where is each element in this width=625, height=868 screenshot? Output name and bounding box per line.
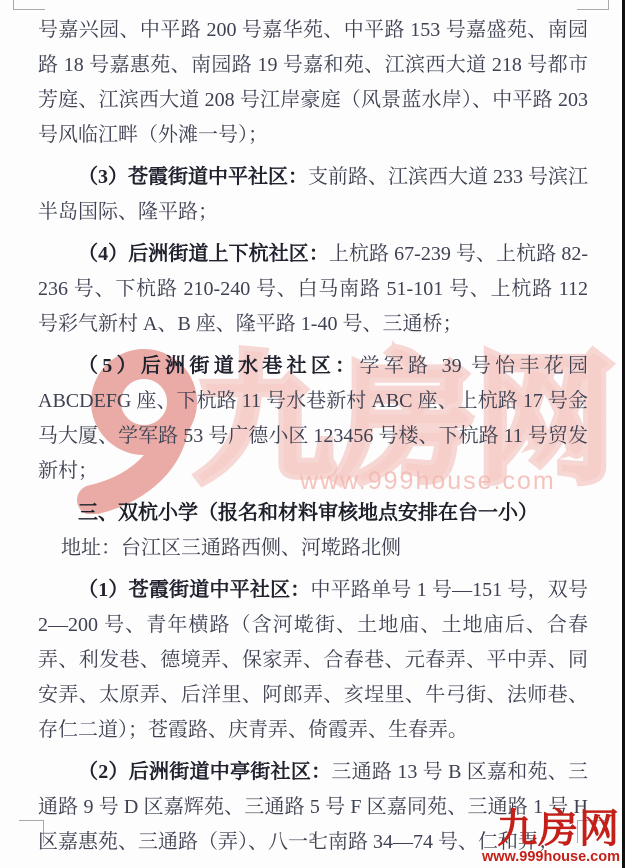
paragraph-school-address: 地址：台江区三通路西侧、河墘路北侧 bbox=[38, 531, 588, 566]
section-heading-shuanghang-school: 三、双杭小学（报名和材料审核地点安排在台一小） bbox=[38, 496, 588, 531]
document-page: 九房网 www.999house.com 号嘉兴园、中平路 200 号嘉华苑、中… bbox=[0, 0, 625, 868]
section-heading-text: 三、双杭小学（报名和材料审核地点安排在台一小） bbox=[78, 502, 538, 524]
community-1-text: 中平路单号 1 号—151 号，双号 2—200 号、青年横路（含河墘街、土地庙… bbox=[38, 579, 588, 741]
paragraph-community-1: （1）苍霞街道中平社区：中平路单号 1 号—151 号，双号 2—200 号、青… bbox=[38, 573, 588, 748]
paragraph-community-5: （5）后洲街道水巷社区：学军路 39 号怡丰花园 ABCDEFG 座、下杭路 1… bbox=[38, 349, 588, 489]
crop-mark-top-right bbox=[577, 0, 609, 10]
community-2-label: （2）后洲街道中亭街社区： bbox=[78, 761, 331, 783]
site-logo: 九房网 www.999house.com bbox=[482, 809, 620, 865]
crop-mark-top-left bbox=[13, 0, 45, 10]
paragraph-text: 号嘉兴园、中平路 200 号嘉华苑、中平路 153 号嘉盛苑、南园路 18 号嘉… bbox=[38, 19, 588, 146]
paragraph-community-3: （3）苍霞街道中平社区：支前路、江滨西大道 233 号滨江半岛国际、隆平路； bbox=[38, 160, 588, 230]
paragraph-community-4: （4）后洲街道上下杭社区：上杭路 67-239 号、上杭路 82-236 号、下… bbox=[38, 237, 588, 342]
document-text-block: 号嘉兴园、中平路 200 号嘉华苑、中平路 153 号嘉盛苑、南园路 18 号嘉… bbox=[38, 13, 588, 860]
school-address-text: 地址：台江区三通路西侧、河墘路北侧 bbox=[61, 537, 401, 559]
site-logo-brand-text: 九房网 bbox=[482, 809, 620, 849]
site-logo-url-text: www.999house.com bbox=[482, 849, 620, 865]
community-3-label: （3）苍霞街道中平社区： bbox=[78, 166, 308, 188]
community-1-label: （1）苍霞街道中平社区： bbox=[78, 579, 311, 601]
community-4-label: （4）后洲街道上下杭社区： bbox=[78, 243, 329, 265]
community-5-label: （5）后洲街道水巷社区： bbox=[78, 355, 359, 377]
paragraph-continuation: 号嘉兴园、中平路 200 号嘉华苑、中平路 153 号嘉盛苑、南园路 18 号嘉… bbox=[38, 13, 588, 153]
